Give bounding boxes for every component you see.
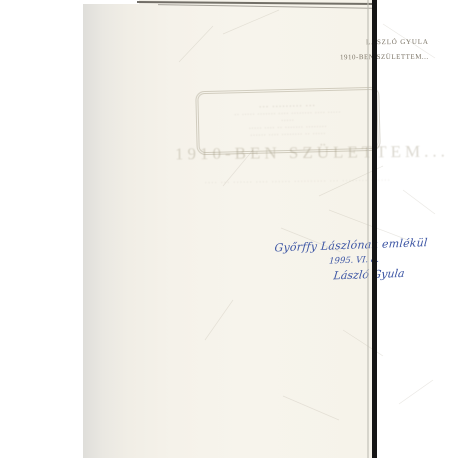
scanned-book-photo: LÁSZLÓ GYULA 1910-BEN SZÜLETTEM... ··· ·… <box>0 0 458 458</box>
showthrough-imprint-line: ······ ···· ········ ·· ····· <box>250 131 326 140</box>
page-edge-highlight <box>367 0 369 458</box>
paper-creases <box>83 0 458 458</box>
book-edge-bar <box>372 0 377 458</box>
background-wedge <box>83 0 139 4</box>
showthrough-title: 1910-BEN SZÜLETTEM... <box>175 142 449 165</box>
showthrough-subline: ···· ··· ······ ···· ······ ·········· ·… <box>205 179 391 187</box>
book-page: LÁSZLÓ GYULA 1910-BEN SZÜLETTEM... ··· ·… <box>83 0 374 458</box>
printed-title: 1910-BEN SZÜLETTEM... <box>340 53 429 62</box>
handwritten-inscription: Győrffy Lászlónak emlékül 1995. VI. 8. L… <box>274 237 415 285</box>
inscription-dedication: Győrffy Lászlónak emlékül <box>274 237 415 255</box>
